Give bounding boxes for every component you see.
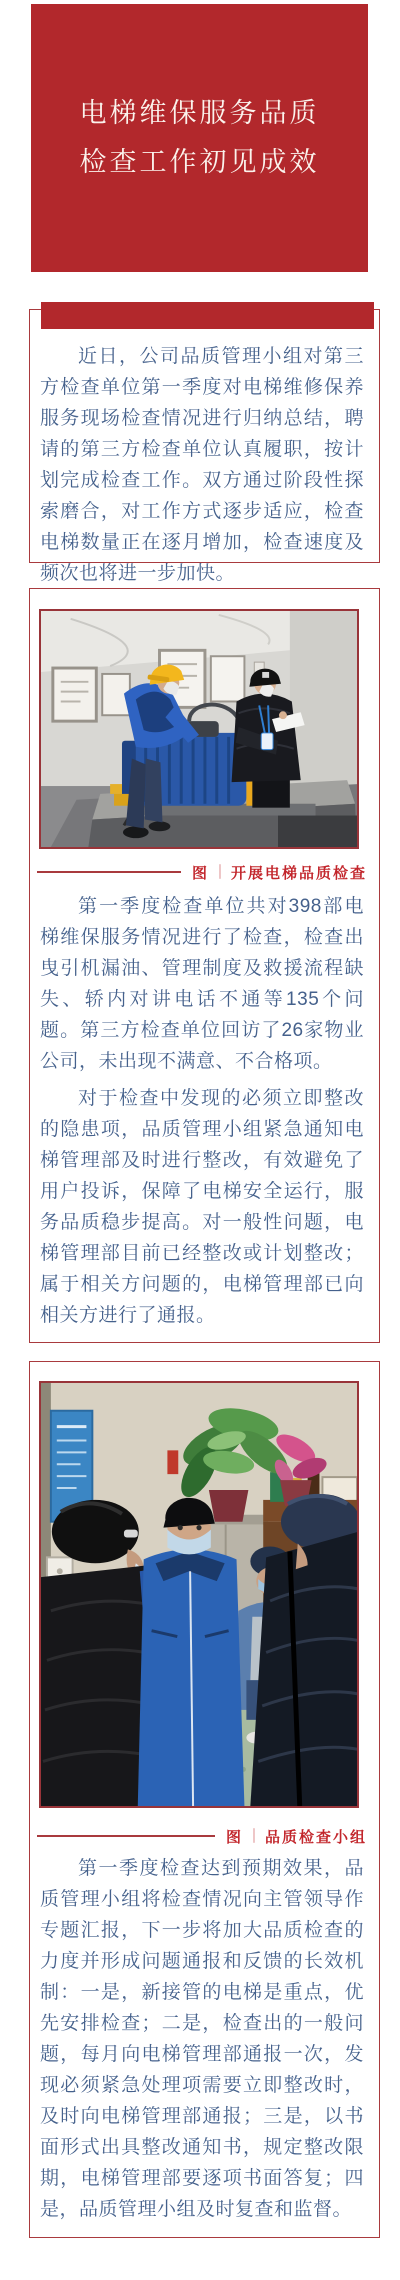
next-steps-paragraph: 第一季度检查达到预期效果，品质管理小组将检查情况向主管领导作专题汇报，下一步将加…: [40, 1853, 364, 2225]
machine-room-illustration: [41, 611, 357, 847]
photo2-caption: 图 ｜ 品质检查小组: [37, 1825, 367, 1847]
photo1-caption: 图 ｜ 开展电梯品质检查: [37, 861, 367, 883]
caption-rule: [37, 871, 181, 873]
caption-label: 品质检查小组: [265, 1826, 367, 1847]
photo-elevator-inspection[interactable]: [39, 609, 359, 849]
intro-accent-bar: [41, 302, 374, 329]
page-title-line1: 电梯维保服务品质: [80, 89, 320, 138]
caption-divider: ｜: [213, 862, 227, 882]
rectification-paragraph: 对于检查中发现的必须立即整改的隐患项，品质管理小组紧急通知电梯管理部及时进行整改…: [40, 1083, 364, 1331]
inspection-results-paragraph: 第一季度检查单位共对398部电梯维保服务情况进行了检查，检查出曳引机漏油、管理制…: [40, 891, 364, 1077]
caption-rule: [37, 1835, 215, 1837]
caption-prefix: 图: [226, 1826, 243, 1847]
quality-team-illustration: [41, 1383, 357, 1806]
caption-divider: ｜: [247, 1826, 261, 1846]
photo-quality-team[interactable]: [39, 1381, 359, 1808]
page-title-line2: 检查工作初见成效: [80, 138, 320, 187]
header-banner: 电梯维保服务品质 检查工作初见成效: [31, 4, 368, 272]
caption-label: 开展电梯品质检查: [231, 862, 367, 883]
caption-prefix: 图: [192, 862, 209, 883]
article-page: 电梯维保服务品质 检查工作初见成效 近日，公司品质管理小组对第三方检查单位第一季…: [0, 0, 400, 2280]
intro-paragraph: 近日，公司品质管理小组对第三方检查单位第一季度对电梯维修保养服务现场检查情况进行…: [40, 341, 364, 589]
